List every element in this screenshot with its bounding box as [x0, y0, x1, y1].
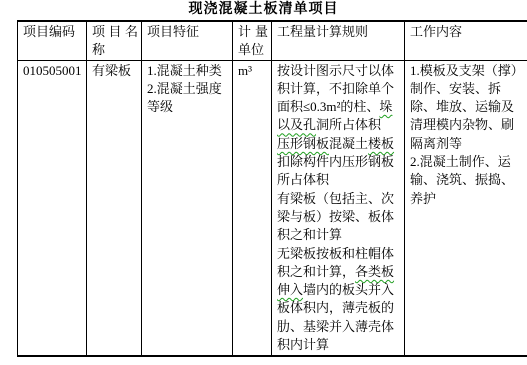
work-item: 1.模板及支架（撑）制作、安装、拆除、堆放、运输及清理模内杂物、刷隔离剂等 — [410, 62, 525, 153]
feature-item: 2.混凝土强度等级 — [147, 80, 229, 117]
rule-text: 洞所占体积 — [316, 117, 381, 132]
rule-paragraph: 有梁板（包括主、次梁与板）按梁、板体积之和计算 — [277, 190, 401, 245]
header-unit: 计量单位 — [233, 21, 272, 60]
rule-text: 有梁板（包括主、次梁与板）按梁、板体积之和计算 — [277, 191, 394, 243]
rule-paragraph: 按设计图示尺寸以体积计算，不扣除单个面积≤0.3m²的柱、垛以及孔洞所占体积 — [277, 62, 401, 135]
header-project-code: 项目编码 — [18, 21, 87, 60]
feature-item: 1.混凝土种类 — [147, 62, 229, 80]
rule-text: 扣除构件内压形钢板所占体积 — [277, 154, 394, 187]
work-item: 2.混凝土制作、运输、浇筑、振捣、养护 — [410, 153, 525, 208]
cell-project-features: 1.混凝土种类 2.混凝土强度等级 — [142, 60, 233, 356]
table-header-row: 项目编码 项目名称 项目特征 计量单位 工程量计算规则 工作内容 — [18, 21, 527, 60]
header-work-content: 工作内容 — [405, 21, 527, 60]
cell-calculation-rules: 按设计图示尺寸以体积计算，不扣除单个面积≤0.3m²的柱、垛以及孔洞所占体积压形… — [272, 60, 405, 356]
page-title: 现浇混凝土板清单项目 — [0, 0, 527, 20]
rule-text: 混凝土 — [329, 136, 368, 151]
rule-paragraph: 压形钢板混凝土楼板扣除构件内压形钢板所占体积 — [277, 135, 401, 190]
cell-project-code: 010505001 — [18, 60, 87, 356]
header-project-name: 项目名称 — [87, 21, 142, 60]
header-calculation-rules: 工程量计算规则 — [272, 21, 405, 60]
document-page: 现浇混凝土板清单项目 项目编码 项目名称 项目特征 计量单位 工程量计算规则 工… — [0, 0, 527, 365]
header-project-features: 项目特征 — [142, 21, 233, 60]
rule-text: 按设计图示尺寸以体积计算，不扣除单个面积≤0.3m²的柱、 — [277, 63, 394, 115]
proofing-underlined-text: 楼板 — [368, 136, 394, 151]
cell-unit: m³ — [233, 60, 272, 356]
spec-table: 项目编码 项目名称 项目特征 计量单位 工程量计算规则 工作内容 0105050… — [17, 20, 527, 357]
cell-work-content: 1.模板及支架（撑）制作、安装、拆除、堆放、运输及清理模内杂物、刷隔离剂等 2.… — [405, 60, 527, 356]
table-row: 010505001 有梁板 1.混凝土种类 2.混凝土强度等级 m³ 按设计图示… — [18, 60, 527, 356]
proofing-underlined-text: 压形钢板 — [277, 136, 329, 151]
rule-paragraph: 无梁板按板和柱帽体积之和计算，各类板伸入墙内的板头并入板体积内，薄壳板的肋、基梁… — [277, 245, 401, 355]
cell-project-name: 有梁板 — [87, 60, 142, 356]
